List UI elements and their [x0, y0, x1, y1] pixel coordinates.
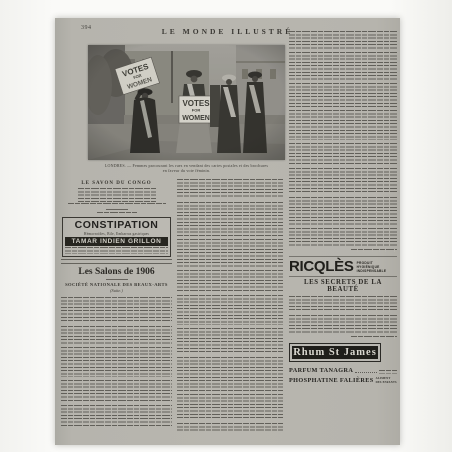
phosphatine-falieres-ad: PHOSPHATINE FALIÈRES ALIMENT DES ENFANTS — [289, 377, 397, 384]
article-text-block — [289, 52, 397, 80]
article-text-block — [177, 270, 283, 292]
column-right: RICQLÈS PRODUIT HYGIÉNIQUE INDISPENSABLE… — [289, 31, 397, 433]
rhum-st-james-ad: Rhum St James — [289, 343, 381, 362]
article-text-block — [289, 168, 397, 194]
salons-1906-heading: Les Salons de 1906 — [61, 267, 172, 277]
article-text-block — [177, 239, 283, 267]
article-text-block — [177, 295, 283, 325]
article-text-block — [289, 228, 397, 246]
section-divider — [61, 259, 172, 264]
phosphatine-tagline: ALIMENT DES ENFANTS — [376, 377, 397, 384]
parfum-tanagra-ad: PARFUM TANAGRA — [289, 367, 397, 374]
article-text-block — [289, 143, 397, 165]
ricqles-brand: RICQLÈS — [289, 259, 354, 274]
divider — [106, 279, 128, 280]
salons-subheading: SOCIÉTÉ NATIONALE DES BEAUX-ARTS — [61, 282, 172, 287]
dotted-leader — [355, 372, 377, 373]
photo-vignette — [88, 45, 285, 160]
divider — [289, 256, 397, 257]
article-text-block — [61, 347, 172, 377]
ricqles-tagline-line: INDISPENSABLE — [357, 269, 387, 273]
article-text-block — [61, 326, 172, 344]
magazine-page: 394 LE MONDE ILLUSTRÉ — [55, 18, 400, 445]
article-text-block — [177, 423, 283, 431]
divider — [289, 276, 397, 277]
article-text-block — [289, 315, 397, 333]
constipation-ad-title: CONSTIPATION — [65, 220, 168, 231]
parfum-tanagra-brand: PARFUM TANAGRA — [289, 367, 353, 374]
article-text-block — [289, 31, 397, 49]
savon-attribution-text — [68, 203, 166, 206]
article-signature — [351, 249, 397, 252]
ricqles-tagline: PRODUIT HYGIÉNIQUE INDISPENSABLE — [357, 261, 387, 273]
article-text-block — [177, 202, 283, 236]
article-text-block — [289, 83, 397, 107]
savon-verse-text — [78, 188, 156, 202]
article-text-block — [61, 297, 172, 323]
article-text-block — [177, 394, 283, 420]
photo-illustration: VOTES FOR WOMEN VOTES FOR WOME — [88, 45, 285, 160]
article-text-block — [289, 110, 397, 140]
scan-background: 394 LE MONDE ILLUSTRÉ — [0, 0, 452, 452]
article-text-block — [289, 296, 397, 312]
photo-caption-line2: en faveur du vote féminin. — [83, 168, 290, 173]
article-text-block — [289, 197, 397, 225]
small-notice-text — [97, 212, 137, 215]
secrets-beaute-heading: LES SECRETS DE LA BEAUTÉ — [289, 279, 397, 293]
column-left: LE SAVON DU CONGO CONSTIPATION Hémorroïd… — [61, 178, 172, 428]
divider — [106, 209, 128, 210]
savon-congo-heading: LE SAVON DU CONGO — [61, 181, 172, 186]
constipation-ad-smallprint — [65, 247, 168, 254]
article-text-block — [61, 405, 172, 428]
article-text-block — [177, 179, 283, 199]
ricqles-ad: RICQLÈS PRODUIT HYGIÉNIQUE INDISPENSABLE — [289, 259, 397, 274]
column-middle — [177, 179, 283, 431]
parfum-smallprint — [379, 370, 397, 374]
rhum-st-james-brand: Rhum St James — [292, 346, 378, 359]
article-signature — [351, 336, 397, 339]
suffragettes-photo: VOTES FOR WOMEN VOTES FOR WOME — [88, 45, 285, 160]
phosphatine-tagline-line: DES ENFANTS — [376, 381, 397, 384]
article-text-block — [61, 380, 172, 402]
article-text-block — [177, 328, 283, 354]
constipation-ad: CONSTIPATION Hémorroïdes, Bile, Embarras… — [62, 217, 171, 257]
photo-caption: LONDRES. — Femmes parcourant les rues en… — [83, 163, 290, 173]
tamar-indien-grillon-bar: TAMAR INDIEN GRILLON — [65, 237, 168, 246]
constipation-ad-subtitle: Hémorroïdes, Bile, Embarras gastriques — [65, 232, 168, 236]
article-text-block — [177, 357, 283, 391]
salons-suite-note: (Suite.) — [61, 288, 172, 293]
phosphatine-brand: PHOSPHATINE FALIÈRES — [289, 377, 374, 384]
